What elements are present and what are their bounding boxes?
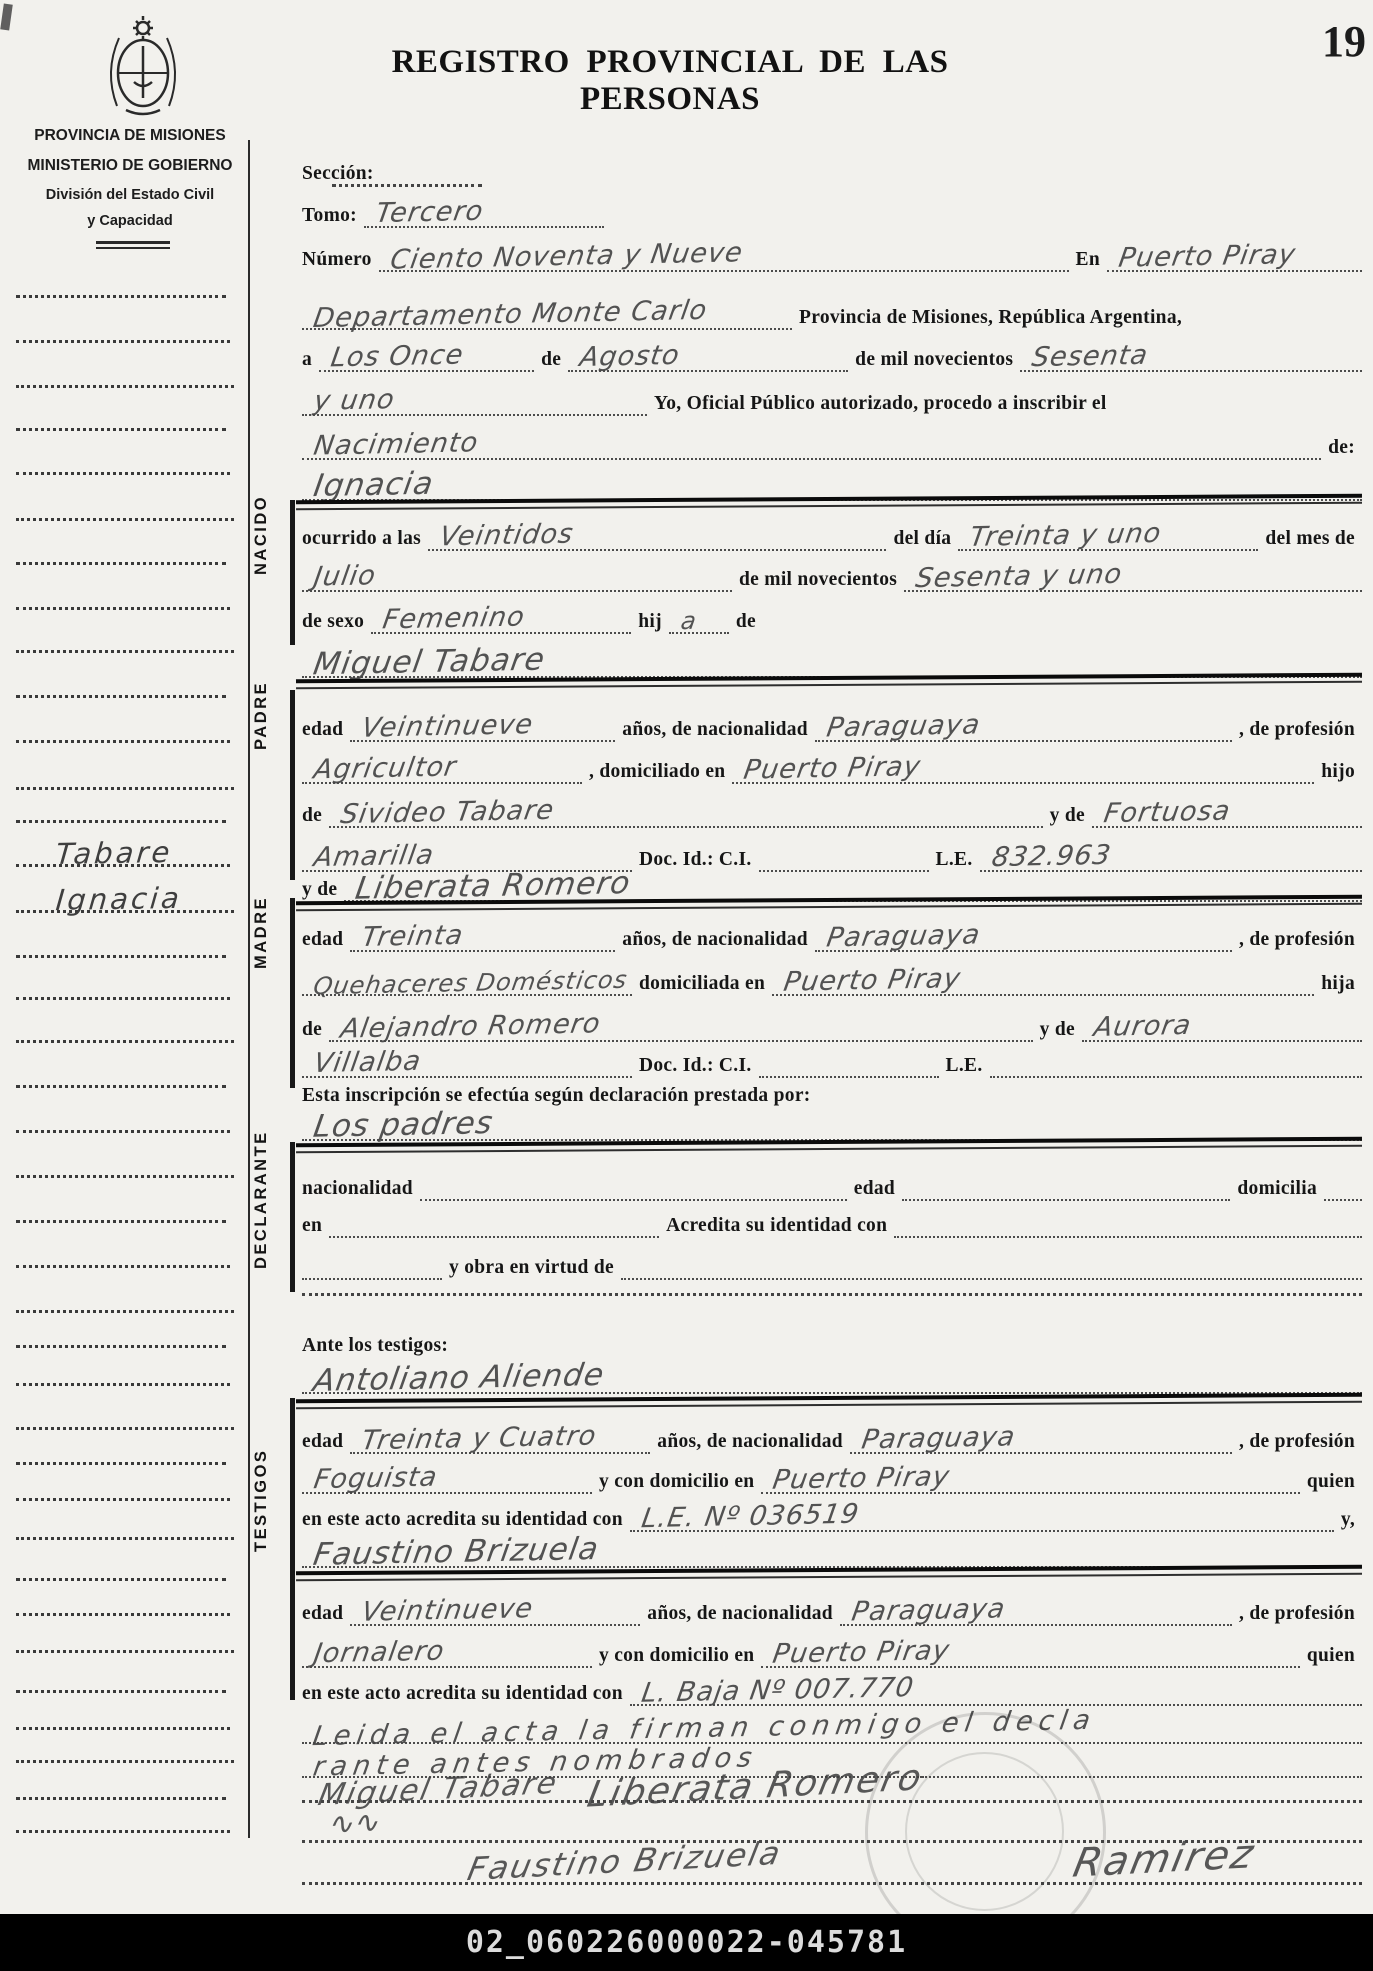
nombre-value: Ignacia (300, 470, 442, 500)
row-madre-2: Quehaceres Domésticos domiciliada en Pue… (302, 960, 1362, 996)
row-madre-3: de Alejandro Romero y de Aurora (302, 1006, 1362, 1042)
en-label: En (1069, 250, 1107, 273)
departamento-value: Departamento Monte Carlo (299, 300, 714, 333)
anio-field-2: y uno (302, 390, 647, 416)
departamento-field: Departamento Monte Carlo (302, 304, 792, 330)
scanned-birth-certificate: REGISTRO PROVINCIAL DE LAS PERSONAS 19 P… (0, 0, 1373, 1971)
testigo2-edad-value: Veintinueve (348, 1598, 541, 1626)
row-numero: Número Ciento Noventa y Nueve En Puerto … (302, 236, 1362, 272)
seccion-label: Sección: (302, 164, 381, 187)
row-seccion: Sección: (302, 150, 1362, 186)
padre-edad-field: Veintinueve (350, 716, 615, 742)
row-padre-3: de Sivideo Tabare y de Fortuosa (302, 792, 1362, 828)
row-cierre-1: Leida el acta la firman conmigo el decla (302, 1708, 1362, 1744)
padre-abuelo-value: Sivideo Tabare (327, 800, 562, 829)
madre-abuelo-field: Alejandro Romero (329, 1016, 1033, 1042)
declaracion-por-field: Los padres (302, 1112, 1362, 1141)
margin-ruled-line (16, 910, 234, 913)
margin-ruled-line (16, 695, 226, 698)
testigo1-profesion-field: Foguista (302, 1468, 592, 1494)
tomo-field: Tercero (364, 202, 604, 228)
padre-profesion-field: Agricultor (302, 758, 582, 784)
lugar-field: Puerto Piray (1107, 246, 1362, 272)
padre-de-label: de (302, 806, 329, 829)
testigo2-doc-field: L. Baja Nº 007.770 (630, 1680, 1362, 1706)
row-testigo2-1: edad Veintinueve años, de nacionalidad P… (302, 1590, 1362, 1626)
declaracion-por-value: Los padres (300, 1110, 501, 1141)
testigo1-edad-value: Treinta y Cuatro (348, 1425, 604, 1454)
row-padre-nombre: Miguel Tabare (302, 642, 1362, 678)
bracket-declarante (290, 1142, 295, 1292)
hij-sufijo-value: a (667, 610, 704, 632)
padre-nacionalidad-value: Paraguaya (813, 714, 988, 742)
testigo1-nacionalidad-field: Paraguaya (850, 1428, 1232, 1454)
declarante-domicilia-field (1324, 1199, 1362, 1201)
padre-profesion-label: , de profesión (1232, 720, 1362, 743)
bracket-testigos (290, 1398, 295, 1700)
padre-abuela-field: Fortuosa (1092, 802, 1362, 828)
padre-profesion-value: Agricultor (300, 756, 464, 783)
desexo-label: de sexo (302, 612, 371, 635)
margin-ruled-line (16, 1427, 234, 1430)
declarante-acredita-label: Acredita su identidad con (659, 1216, 894, 1239)
madre-edad-value: Treinta (348, 925, 471, 951)
anio-nacimiento-value: Sesenta y uno (902, 564, 1130, 593)
margin-ruled-line (16, 1498, 230, 1501)
page-number: 19 (1322, 16, 1366, 67)
row-testigo1-1: edad Treinta y Cuatro años, de nacionali… (302, 1418, 1362, 1454)
de2-label: de: (1321, 438, 1362, 461)
testigo1-doc-value: L.E. Nº 036519 (628, 1504, 867, 1533)
margin-ruled-line (16, 787, 234, 790)
madre-abuelo-value: Alejandro Romero (327, 1013, 609, 1043)
testigo1-domicilio-field: Puerto Piray (761, 1468, 1299, 1494)
section-label-padre: PADRE (252, 650, 278, 780)
madre-nombre-value: Liberata Romero (342, 870, 639, 903)
row-testigo1-2: Foguista y con domicilio en Puerto Piray… (302, 1458, 1362, 1494)
padre-domiciliado-label: , domiciliado en (582, 762, 732, 785)
margin-ruled-line (16, 1537, 234, 1540)
margin-ruled-line (16, 340, 230, 343)
madre-domicilio-field: Puerto Piray (772, 970, 1314, 996)
row-tomo: Tomo: Tercero (302, 192, 1362, 228)
ocurrido-label: ocurrido a las (302, 529, 428, 552)
dia-value: Los Once (317, 344, 471, 371)
padre-abuelo-field: Sivideo Tabare (329, 802, 1043, 828)
delmes-label: del mes de (1258, 529, 1362, 552)
bracket-nacido (290, 500, 295, 645)
cierre-field-1: Leida el acta la firman conmigo el decla (302, 1718, 1362, 1744)
signature-line-2 (302, 1840, 1362, 1843)
row-acto: Nacimiento de: (302, 424, 1362, 460)
oficial-label: Yo, Oficial Público autorizado, procedo … (647, 394, 1114, 417)
row-declarante-2: en Acredita su identidad con (302, 1202, 1362, 1238)
row-declarante-3: y obra en virtud de (302, 1244, 1362, 1280)
testigo1-nombre-field: Antoliano Aliende (302, 1365, 1362, 1394)
bracket-padre (290, 690, 295, 880)
testigo1-y-label: y, (1334, 1510, 1362, 1533)
margin-ruled-line (16, 1760, 234, 1763)
testigo2-anos-label: años, de nacionalidad (640, 1604, 840, 1627)
declarante-edad-label: edad (847, 1179, 902, 1202)
dia-nacimiento-field: Treinta y uno (958, 525, 1258, 551)
testigo2-doc-value: L. Baja Nº 007.770 (627, 1677, 921, 1707)
row-nacido-2: Julio de mil novecientos Sesenta y uno (302, 556, 1362, 592)
padre-yde-label: y de (1043, 806, 1092, 829)
margin-ruled-line (16, 740, 230, 743)
margin-ruled-line (16, 295, 226, 298)
sidebar-ministry: MINISTERIO DE GOBIERNO (24, 158, 236, 174)
margin-ruled-line (16, 955, 226, 958)
signature-line-1 (302, 1800, 1362, 1803)
madre-abuela-field: Aurora (1082, 1016, 1362, 1042)
sidebar-underline (96, 241, 170, 244)
deldia-label: del día (886, 529, 958, 552)
testigo1-doc-field: L.E. Nº 036519 (630, 1506, 1334, 1532)
sidebar-province: PROVINCIA DE MISIONES (24, 128, 236, 144)
madre-domiciliada-label: domiciliada en (632, 974, 772, 997)
declarante-en-label: en (302, 1216, 329, 1239)
testigo2-nombre-value: Faustino Brizuela (299, 1535, 606, 1569)
margin-ruled-line (16, 820, 226, 823)
madre-yde2-label: y de (1033, 1020, 1082, 1043)
tomo-value: Tercero (362, 201, 491, 228)
testigo1-edad-field: Treinta y Cuatro (350, 1428, 650, 1454)
madre-de-label: de (302, 1020, 329, 1043)
row-padre-2: Agricultor , domiciliado en Puerto Piray… (302, 748, 1362, 784)
madre-edad-label: edad (302, 930, 350, 953)
sidebar-underline-2 (96, 247, 170, 249)
margin-ruled-line (16, 1462, 226, 1465)
margin-ruled-line (16, 472, 230, 475)
signature-line-3 (302, 1882, 1362, 1885)
madre-profesion-value: Quehaceres Domésticos (300, 969, 635, 997)
testigo2-nombre-field: Faustino Brizuela (302, 1539, 1362, 1568)
margin-ruled-line (16, 1175, 234, 1178)
margin-ruled-line (16, 1265, 230, 1268)
acto-value: Nacimiento (300, 432, 486, 460)
testigo2-quien-label: quien (1300, 1646, 1362, 1669)
sidebar-division-line2: y Capacidad (24, 214, 236, 229)
testigo1-anos-label: años, de nacionalidad (650, 1432, 850, 1455)
madre-abuela-value-1: Aurora (1080, 1015, 1199, 1041)
testigo2-profesion-field: Jornalero (302, 1642, 592, 1668)
testigo1-nombre-value: Antoliano Aliende (299, 1361, 612, 1395)
margin-ruled-line (16, 864, 230, 867)
padre-edad-label: edad (302, 720, 350, 743)
padre-nacionalidad-field: Paraguaya (815, 716, 1232, 742)
padre-hijo-label: hijo (1314, 762, 1362, 785)
margin-ruled-line (16, 385, 234, 388)
margin-ruled-line (16, 1345, 226, 1348)
page-title: REGISTRO PROVINCIAL DE LAS PERSONAS (300, 44, 1040, 118)
margin-ruled-line (16, 1040, 234, 1043)
numero-field: Ciento Noventa y Nueve (379, 246, 1069, 272)
declarante-domicilia-label: domicilia (1230, 1179, 1324, 1202)
testigo1-domicilio-value: Puerto Piray (759, 1466, 958, 1494)
madre-nacionalidad-value: Paraguaya (813, 924, 988, 952)
madre-profesion-field: Quehaceres Domésticos (302, 973, 632, 996)
dia-nacimiento-value: Treinta y uno (956, 523, 1169, 551)
testigo1-edad-label: edad (302, 1432, 350, 1455)
row-declaracion-intro: Esta inscripción se efectúa según declar… (302, 1072, 1362, 1108)
row-nacido-1: ocurrido a las Veintidos del día Treinta… (302, 515, 1362, 551)
declarante-en-field (329, 1236, 659, 1238)
margin-ruled-line (16, 1797, 226, 1800)
margin-ruled-line (16, 1220, 226, 1223)
demil-nacido-label: de mil novecientos (732, 570, 904, 593)
section-label-testigos: TESTIGOS (252, 1425, 278, 1575)
bracket-madre (290, 898, 295, 1088)
margin-ruled-line (16, 1310, 234, 1313)
margin-ruled-line (16, 518, 234, 521)
row-declarante-1: nacionalidad edad domicilia (302, 1165, 1362, 1201)
madre-profesion-label: , de profesión (1232, 930, 1362, 953)
lugar-value: Puerto Piray (1105, 244, 1304, 272)
sexo-value: Femenino (369, 606, 533, 633)
testigo2-edad-field: Veintinueve (350, 1600, 640, 1626)
declarante-virtud-field-1 (302, 1278, 442, 1280)
padre-domicilio-value: Puerto Piray (730, 756, 929, 784)
testigo1-acredita-label: en este acto acredita su identidad con (302, 1510, 630, 1533)
provincia-label: Provincia de Misiones, República Argenti… (792, 308, 1189, 331)
padre-nombre-value: Miguel Tabare (299, 646, 553, 679)
scan-edge-artifact (0, 4, 13, 31)
margin-ruled-line (16, 1690, 226, 1693)
row-testigo2-3: en este acto acredita su identidad con L… (302, 1670, 1362, 1706)
de-label: de (534, 350, 568, 373)
testigo2-nacionalidad-field: Paraguaya (840, 1600, 1232, 1626)
row-nacido-3: de sexo Femenino hij a de (302, 598, 1362, 634)
row-departamento: Departamento Monte Carlo Provincia de Mi… (302, 294, 1362, 330)
testigo2-edad-label: edad (302, 1604, 350, 1627)
madre-nacionalidad-field: Paraguaya (815, 926, 1232, 952)
sidebar-division-line1: División del Estado Civil (24, 188, 236, 203)
seccion-blank-line (332, 184, 482, 187)
signature-flourish: ∿∿ (326, 1805, 384, 1843)
archive-code: 02_060226000022-045781 (466, 1925, 907, 1960)
acto-field: Nacimiento (302, 434, 1321, 460)
hora-value: Veintidos (426, 523, 581, 550)
coat-of-arms-icon (100, 6, 186, 129)
hij-de-label: de (729, 612, 763, 635)
sexo-field: Femenino (371, 608, 631, 634)
testigo2-domicilio-field: Puerto Piray (761, 1642, 1299, 1668)
margin-ruled-line (16, 1650, 234, 1653)
row-testigo1-3: en este acto acredita su identidad con L… (302, 1496, 1362, 1532)
declarante-yobra-label: y obra en virtud de (442, 1258, 621, 1281)
padre-edad-value: Veintinueve (348, 714, 541, 742)
hij-sufijo-field: a (669, 611, 729, 634)
anio-value-1: Sesenta (1018, 345, 1156, 372)
madre-hija-label: hija (1314, 974, 1362, 997)
declarante-nacionalidad-field (420, 1199, 847, 1201)
testigo2-domicilio-label: y con domicilio en (592, 1646, 761, 1669)
margin-ruled-line (16, 1613, 230, 1616)
margin-ruled-line (16, 650, 234, 653)
testigo2-profesion-value: Jornalero (300, 1641, 452, 1668)
row-declaracion-por: Los padres (302, 1105, 1362, 1141)
mes-value: Agosto (566, 345, 687, 371)
row-padre-1: edad Veintinueve años, de nacionalidad P… (302, 706, 1362, 742)
anio-nacimiento-field: Sesenta y uno (904, 566, 1362, 592)
padre-abuela-value-1: Fortuosa (1090, 801, 1238, 828)
numero-value: Ciento Noventa y Nueve (376, 242, 750, 274)
dia-field: Los Once (319, 346, 534, 372)
padre-anos-label: años, de nacionalidad (615, 720, 815, 743)
section-label-declarante: DECLARANTE (252, 1120, 278, 1280)
madre-edad-field: Treinta (350, 926, 615, 952)
testigos-intro-label: Ante los testigos: (302, 1336, 455, 1359)
testigo1-nacionalidad-value: Paraguaya (848, 1426, 1023, 1454)
row-anio-continuacion: y uno Yo, Oficial Público autorizado, pr… (302, 380, 1362, 416)
hij-label: hij (631, 612, 669, 635)
row-testigo1-nombre: Antoliano Aliende (302, 1358, 1362, 1394)
declarante-bottom-line (302, 1293, 1362, 1296)
section-label-madre: MADRE (252, 868, 278, 998)
margin-ruled-line (16, 1085, 226, 1088)
margin-ruled-line (16, 1578, 226, 1581)
testigo2-profesion-label: , de profesión (1232, 1604, 1362, 1627)
testigo2-domicilio-value: Puerto Piray (759, 1640, 958, 1668)
row-testigo2-2: Jornalero y con domicilio en Puerto Pira… (302, 1632, 1362, 1668)
declarante-identidad-field (894, 1236, 1362, 1238)
declarante-nacionalidad-label: nacionalidad (302, 1179, 420, 1202)
madre-anos-label: años, de nacionalidad (615, 930, 815, 953)
testigo2-nacionalidad-value: Paraguaya (838, 1598, 1013, 1626)
hora-field: Veintidos (428, 525, 886, 551)
anio-value-2: y uno (300, 389, 402, 415)
margin-ruled-line (16, 1130, 230, 1133)
demil-label: de mil novecientos (848, 350, 1020, 373)
madre-yde-label: y de (302, 880, 344, 903)
margin-ruled-line (16, 997, 230, 1000)
declarante-virtud-field-2 (621, 1278, 1362, 1280)
row-testigos-intro: Ante los testigos: (302, 1322, 1362, 1358)
notary-stamp-inner (905, 1752, 1064, 1911)
margin-ruled-line (16, 1830, 230, 1833)
tomo-label: Tomo: (302, 206, 364, 229)
footer-bar: 02_060226000022-045781 (0, 1914, 1373, 1971)
row-testigo2-nombre: Faustino Brizuela (302, 1532, 1362, 1568)
row-madre-1: edad Treinta años, de nacionalidad Parag… (302, 916, 1362, 952)
row-fecha: a Los Once de Agosto de mil novecientos … (302, 336, 1362, 372)
declarante-edad-field (902, 1199, 1230, 1201)
mes-nacimiento-value: Julio (300, 565, 384, 591)
section-label-nacido: NACIDO (252, 470, 278, 600)
margin-ruled-line (16, 1727, 230, 1730)
numero-label: Número (302, 250, 379, 273)
margin-ruled-line (16, 428, 226, 431)
testigo2-acredita-label: en este acto acredita su identidad con (302, 1684, 630, 1707)
padre-domicilio-field: Puerto Piray (732, 758, 1314, 784)
madre-domicilio-value: Puerto Piray (770, 968, 969, 996)
form-left-rule (248, 140, 250, 1838)
testigo1-domicilio-label: y con domicilio en (592, 1472, 761, 1495)
margin-ruled-line (16, 1383, 230, 1386)
mes-field: Agosto (568, 346, 848, 372)
anio-field: Sesenta (1020, 346, 1362, 372)
testigo1-quien-label: quien (1300, 1472, 1362, 1495)
mes-nacimiento-field: Julio (302, 566, 732, 592)
margin-ruled-line (16, 562, 226, 565)
testigo1-profesion-label: , de profesión (1232, 1432, 1362, 1455)
testigo1-profesion-value: Foguista (300, 1467, 445, 1494)
margin-ruled-line (16, 607, 230, 610)
